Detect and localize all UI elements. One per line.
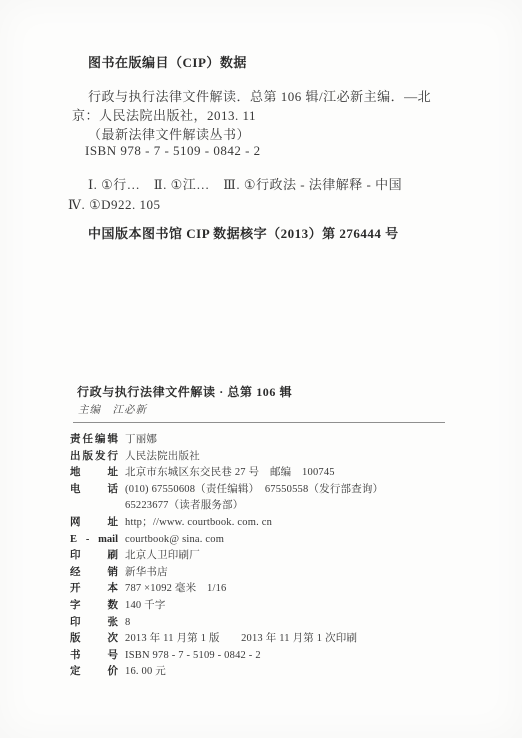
colophon-list: 责任编辑丁丽娜出版发行人民法院出版社地址北京市东城区东交民巷 27 号 邮编 1… [70, 432, 460, 681]
colophon-value: (010) 67550608（责任编辑） 67550558（发行部查询）6522… [125, 482, 460, 515]
colophon-label: 印刷 [70, 548, 118, 565]
colophon-row: 地址北京市东城区东交民巷 27 号 邮编 100745 [70, 465, 460, 482]
classification-line2: Ⅳ. ①D922. 105 [68, 197, 161, 212]
colophon-label: 版次 [70, 631, 118, 648]
classification-line1: Ⅰ. ①行… Ⅱ. ①江… Ⅲ. ①行政法 - 法律解释 - 中国 [88, 177, 402, 192]
colophon-value-line: 北京人卫印刷厂 [125, 548, 460, 565]
colophon-row: 印张8 [70, 615, 460, 632]
colophon-value: 787 ×1092 毫米 1/16 [125, 581, 460, 598]
colophon-row: 责任编辑丁丽娜 [70, 432, 460, 449]
colophon-row: 字数140 千字 [70, 598, 460, 615]
editor-line: 主编 江必新 [78, 402, 147, 417]
colophon-row: 开本787 ×1092 毫米 1/16 [70, 581, 460, 598]
cip-header: 图书在版编目（CIP）数据 [88, 55, 247, 70]
colophon-label: 地址 [70, 465, 118, 482]
colophon-label: E - mail [70, 532, 118, 549]
colophon-label: 出版发行 [70, 449, 118, 466]
colophon-row: 经销新华书店 [70, 565, 460, 582]
colophon-value: 2013 年 11 月第 1 版 2013 年 11 月第 1 次印刷 [125, 631, 460, 648]
cip-record-line: 中国版本图书馆 CIP 数据核字（2013）第 276444 号 [88, 226, 399, 241]
colophon-value-line: 8 [125, 615, 460, 632]
colophon-label: 开本 [70, 581, 118, 598]
colophon-value: 140 千字 [125, 598, 460, 615]
colophon-value: http；//www. courtbook. com. cn [125, 515, 460, 532]
colophon-value: 北京市东城区东交民巷 27 号 邮编 100745 [125, 465, 460, 482]
copyright-page: 图书在版编目（CIP）数据 行政与执行法律文件解读．总第 106 辑/江必新主编… [0, 0, 522, 738]
colophon-label: 经销 [70, 565, 118, 582]
colophon-value: ISBN 978 - 7 - 5109 - 0842 - 2 [125, 648, 460, 665]
colophon-value: 丁丽娜 [125, 432, 460, 449]
colophon-label: 责任编辑 [70, 432, 118, 449]
colophon-label: 定价 [70, 664, 118, 681]
colophon-value-line: 人民法院出版社 [125, 449, 460, 466]
colophon-value: 北京人卫印刷厂 [125, 548, 460, 565]
colophon-label: 字数 [70, 598, 118, 615]
colophon-value-line: courtbook@ sina. com [125, 532, 460, 549]
colophon-row: 网址http；//www. courtbook. com. cn [70, 515, 460, 532]
cip-paragraph-line1: 行政与执行法律文件解读．总第 106 辑/江必新主编．—北 [88, 89, 431, 104]
colophon-value-line: 16. 00 元 [125, 664, 460, 681]
colophon-label: 书号 [70, 648, 118, 665]
colophon-value-line: 140 千字 [125, 598, 460, 615]
colophon-value: 新华书店 [125, 565, 460, 582]
colophon-value-line: 65223677（读者服务部） [125, 498, 460, 515]
colophon-row: 定价16. 00 元 [70, 664, 460, 681]
colophon-value-line: http；//www. courtbook. com. cn [125, 515, 460, 532]
colophon-value-line: 丁丽娜 [125, 432, 460, 449]
colophon-row: 版次2013 年 11 月第 1 版 2013 年 11 月第 1 次印刷 [70, 631, 460, 648]
isbn-line: ISBN 978 - 7 - 5109 - 0842 - 2 [85, 143, 261, 158]
colophon-label: 网址 [70, 515, 118, 532]
colophon-value-line: 北京市东城区东交民巷 27 号 邮编 100745 [125, 465, 460, 482]
book-title: 行政与执行法律文件解读 · 总第 106 辑 [77, 383, 292, 400]
colophon-value-line: (010) 67550608（责任编辑） 67550558（发行部查询） [125, 482, 460, 499]
series-note: （最新法律文件解读丛书） [88, 127, 250, 142]
colophon-value-line: 新华书店 [125, 565, 460, 582]
colophon-label: 印张 [70, 615, 118, 632]
colophon-value: 人民法院出版社 [125, 449, 460, 466]
colophon-value: 8 [125, 615, 460, 632]
horizontal-rule [73, 422, 445, 423]
colophon-value: 16. 00 元 [125, 664, 460, 681]
colophon-label: 电话 [70, 482, 118, 499]
colophon-row: 电话(010) 67550608（责任编辑） 67550558（发行部查询）65… [70, 482, 460, 515]
colophon-value-line: ISBN 978 - 7 - 5109 - 0842 - 2 [125, 648, 460, 665]
colophon-row: 书号ISBN 978 - 7 - 5109 - 0842 - 2 [70, 648, 460, 665]
colophon-row: 出版发行人民法院出版社 [70, 449, 460, 466]
colophon-value-line: 2013 年 11 月第 1 版 2013 年 11 月第 1 次印刷 [125, 631, 460, 648]
colophon-value: courtbook@ sina. com [125, 532, 460, 549]
cip-paragraph-line2: 京：人民法院出版社，2013. 11 [72, 108, 256, 123]
colophon-row: E - mailcourtbook@ sina. com [70, 532, 460, 549]
colophon-row: 印刷北京人卫印刷厂 [70, 548, 460, 565]
colophon-value-line: 787 ×1092 毫米 1/16 [125, 581, 460, 598]
